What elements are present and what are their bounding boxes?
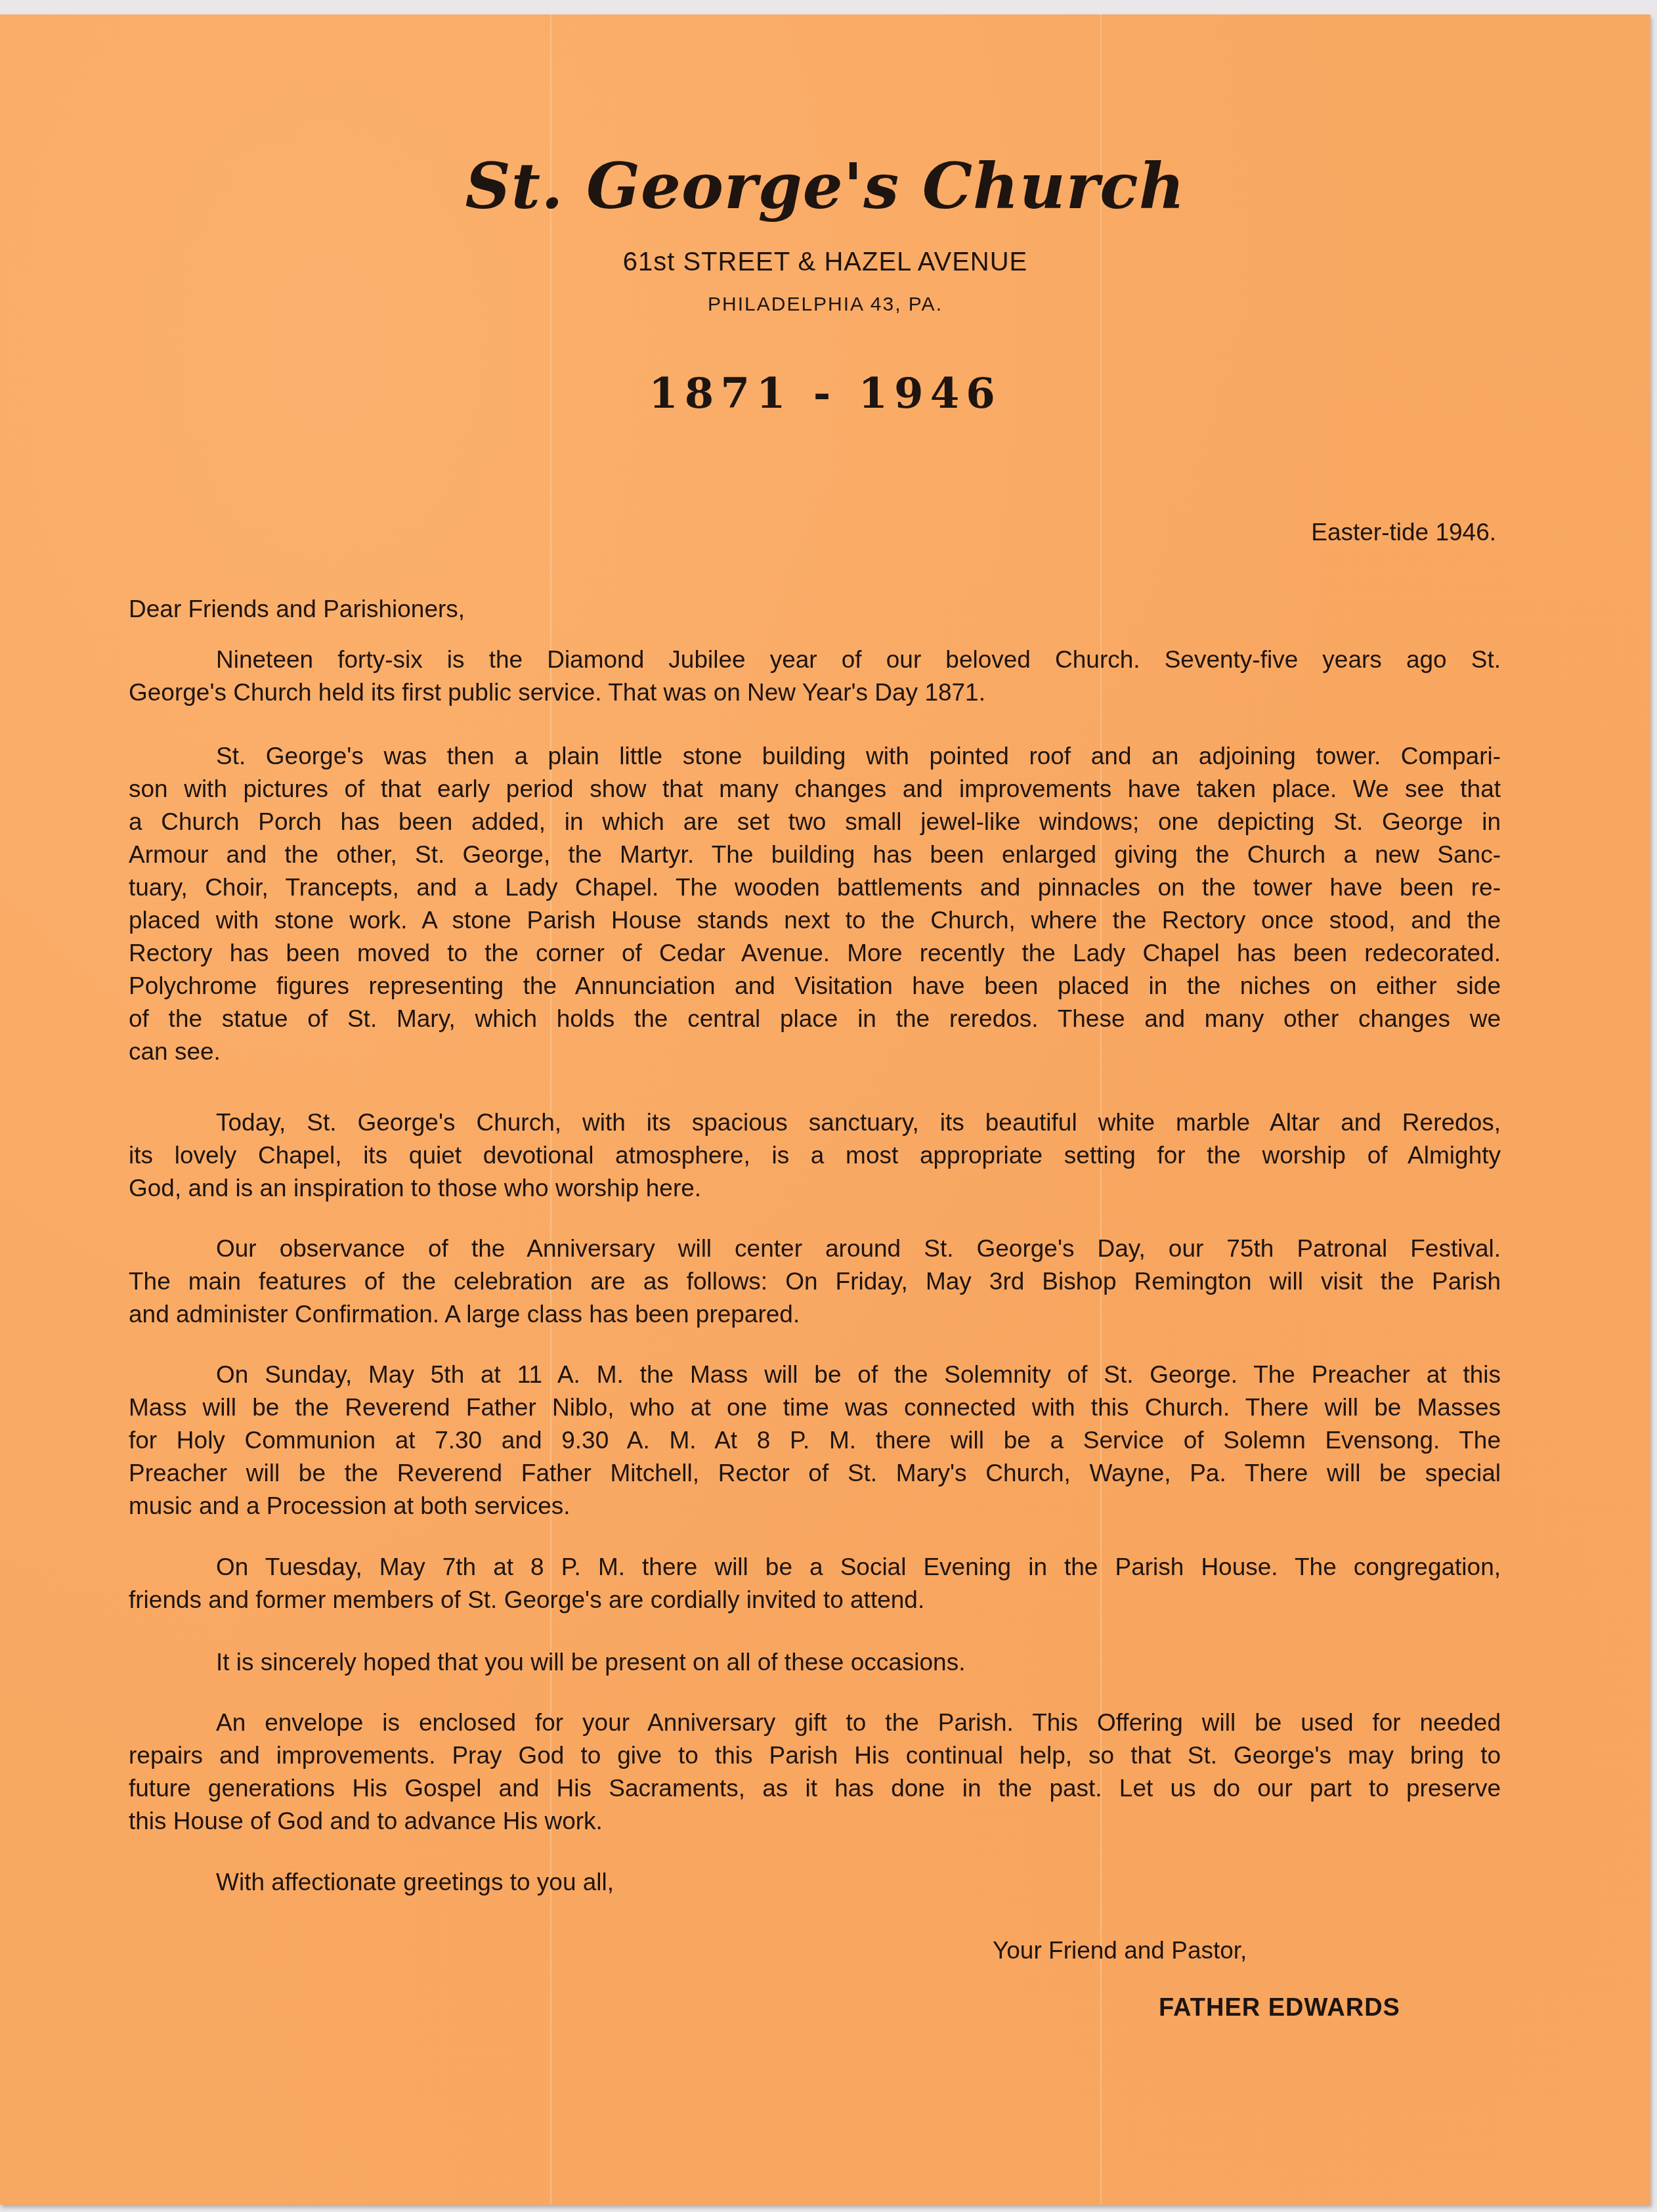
text-line: son with pictures of that early period s… — [129, 773, 1501, 806]
text-line: repairs and improvements. Pray God to gi… — [129, 1739, 1501, 1772]
text-line: Mass will be the Reverend Father Niblo, … — [129, 1391, 1501, 1424]
text-line: Today, St. George's Church, with its spa… — [129, 1106, 1501, 1139]
salutation: Dear Friends and Parishioners, — [129, 596, 465, 623]
church-name-heading: St. George's Church — [0, 149, 1650, 223]
paragraph-6: On Tuesday, May 7th at 8 P. M. there wil… — [129, 1551, 1501, 1616]
text-line: Polychrome figures representing the Annu… — [129, 970, 1501, 1003]
paragraph-2: St. George's was then a plain little sto… — [129, 740, 1501, 1068]
letter-date: Easter-tide 1946. — [1311, 519, 1496, 546]
anniversary-years: 1871 - 1946 — [0, 369, 1650, 418]
paragraph-8: An envelope is enclosed for your Anniver… — [129, 1706, 1501, 1838]
text-line: music and a Procession at both services. — [129, 1490, 1501, 1523]
text-line: can see. — [129, 1035, 1501, 1068]
paragraph-3: Today, St. George's Church, with its spa… — [129, 1106, 1501, 1205]
church-address: 61st STREET & HAZEL AVENUE — [0, 248, 1650, 277]
paragraph-1: Nineteen forty-six is the Diamond Jubile… — [129, 643, 1501, 709]
text-line: On Tuesday, May 7th at 8 P. M. there wil… — [129, 1551, 1501, 1584]
text-line: God, and is an inspiration to those who … — [129, 1172, 1501, 1205]
text-line: On Sunday, May 5th at 11 A. M. the Mass … — [129, 1358, 1501, 1391]
text-line: Preacher will be the Reverend Father Mit… — [129, 1457, 1501, 1490]
text-line: Our observance of the Anniversary will c… — [129, 1232, 1501, 1265]
text-line: of the statue of St. Mary, which holds t… — [129, 1003, 1501, 1035]
text-line: Nineteen forty-six is the Diamond Jubile… — [129, 643, 1501, 676]
text-line: a Church Porch has been added, in which … — [129, 806, 1501, 838]
text-line: An envelope is enclosed for your Anniver… — [129, 1706, 1501, 1739]
paragraph-4: Our observance of the Anniversary will c… — [129, 1232, 1501, 1331]
text-line: With affectionate greetings to you all, — [129, 1866, 1501, 1899]
text-line: its lovely Chapel, its quiet devotional … — [129, 1139, 1501, 1172]
paragraph-9: With affectionate greetings to you all, — [129, 1866, 1501, 1899]
text-line: for Holy Communion at 7.30 and 9.30 A. M… — [129, 1424, 1501, 1457]
text-line: St. George's was then a plain little sto… — [129, 740, 1501, 773]
text-line: future generations His Gospel and His Sa… — [129, 1772, 1501, 1805]
text-line: and administer Confirmation. A large cla… — [129, 1298, 1501, 1331]
closing-line: Your Friend and Pastor, — [993, 1937, 1247, 1964]
text-line: friends and former members of St. George… — [129, 1584, 1501, 1616]
text-line: Armour and the other, St. George, the Ma… — [129, 838, 1501, 871]
signature: FATHER EDWARDS — [1159, 1994, 1400, 2022]
letter-page: St. George's Church 61st STREET & HAZEL … — [0, 14, 1650, 2205]
church-city: PHILADELPHIA 43, PA. — [0, 293, 1650, 316]
paragraph-5: On Sunday, May 5th at 11 A. M. the Mass … — [129, 1358, 1501, 1523]
text-line: It is sincerely hoped that you will be p… — [129, 1646, 1501, 1679]
text-line: placed with stone work. A stone Parish H… — [129, 904, 1501, 937]
text-line: Rectory has been moved to the corner of … — [129, 937, 1501, 970]
text-line: The main features of the celebration are… — [129, 1265, 1501, 1298]
text-line: this House of God and to advance His wor… — [129, 1805, 1501, 1838]
text-line: tuary, Choir, Trancepts, and a Lady Chap… — [129, 871, 1501, 904]
paragraph-7: It is sincerely hoped that you will be p… — [129, 1646, 1501, 1679]
text-line: George's Church held its first public se… — [129, 676, 1501, 709]
